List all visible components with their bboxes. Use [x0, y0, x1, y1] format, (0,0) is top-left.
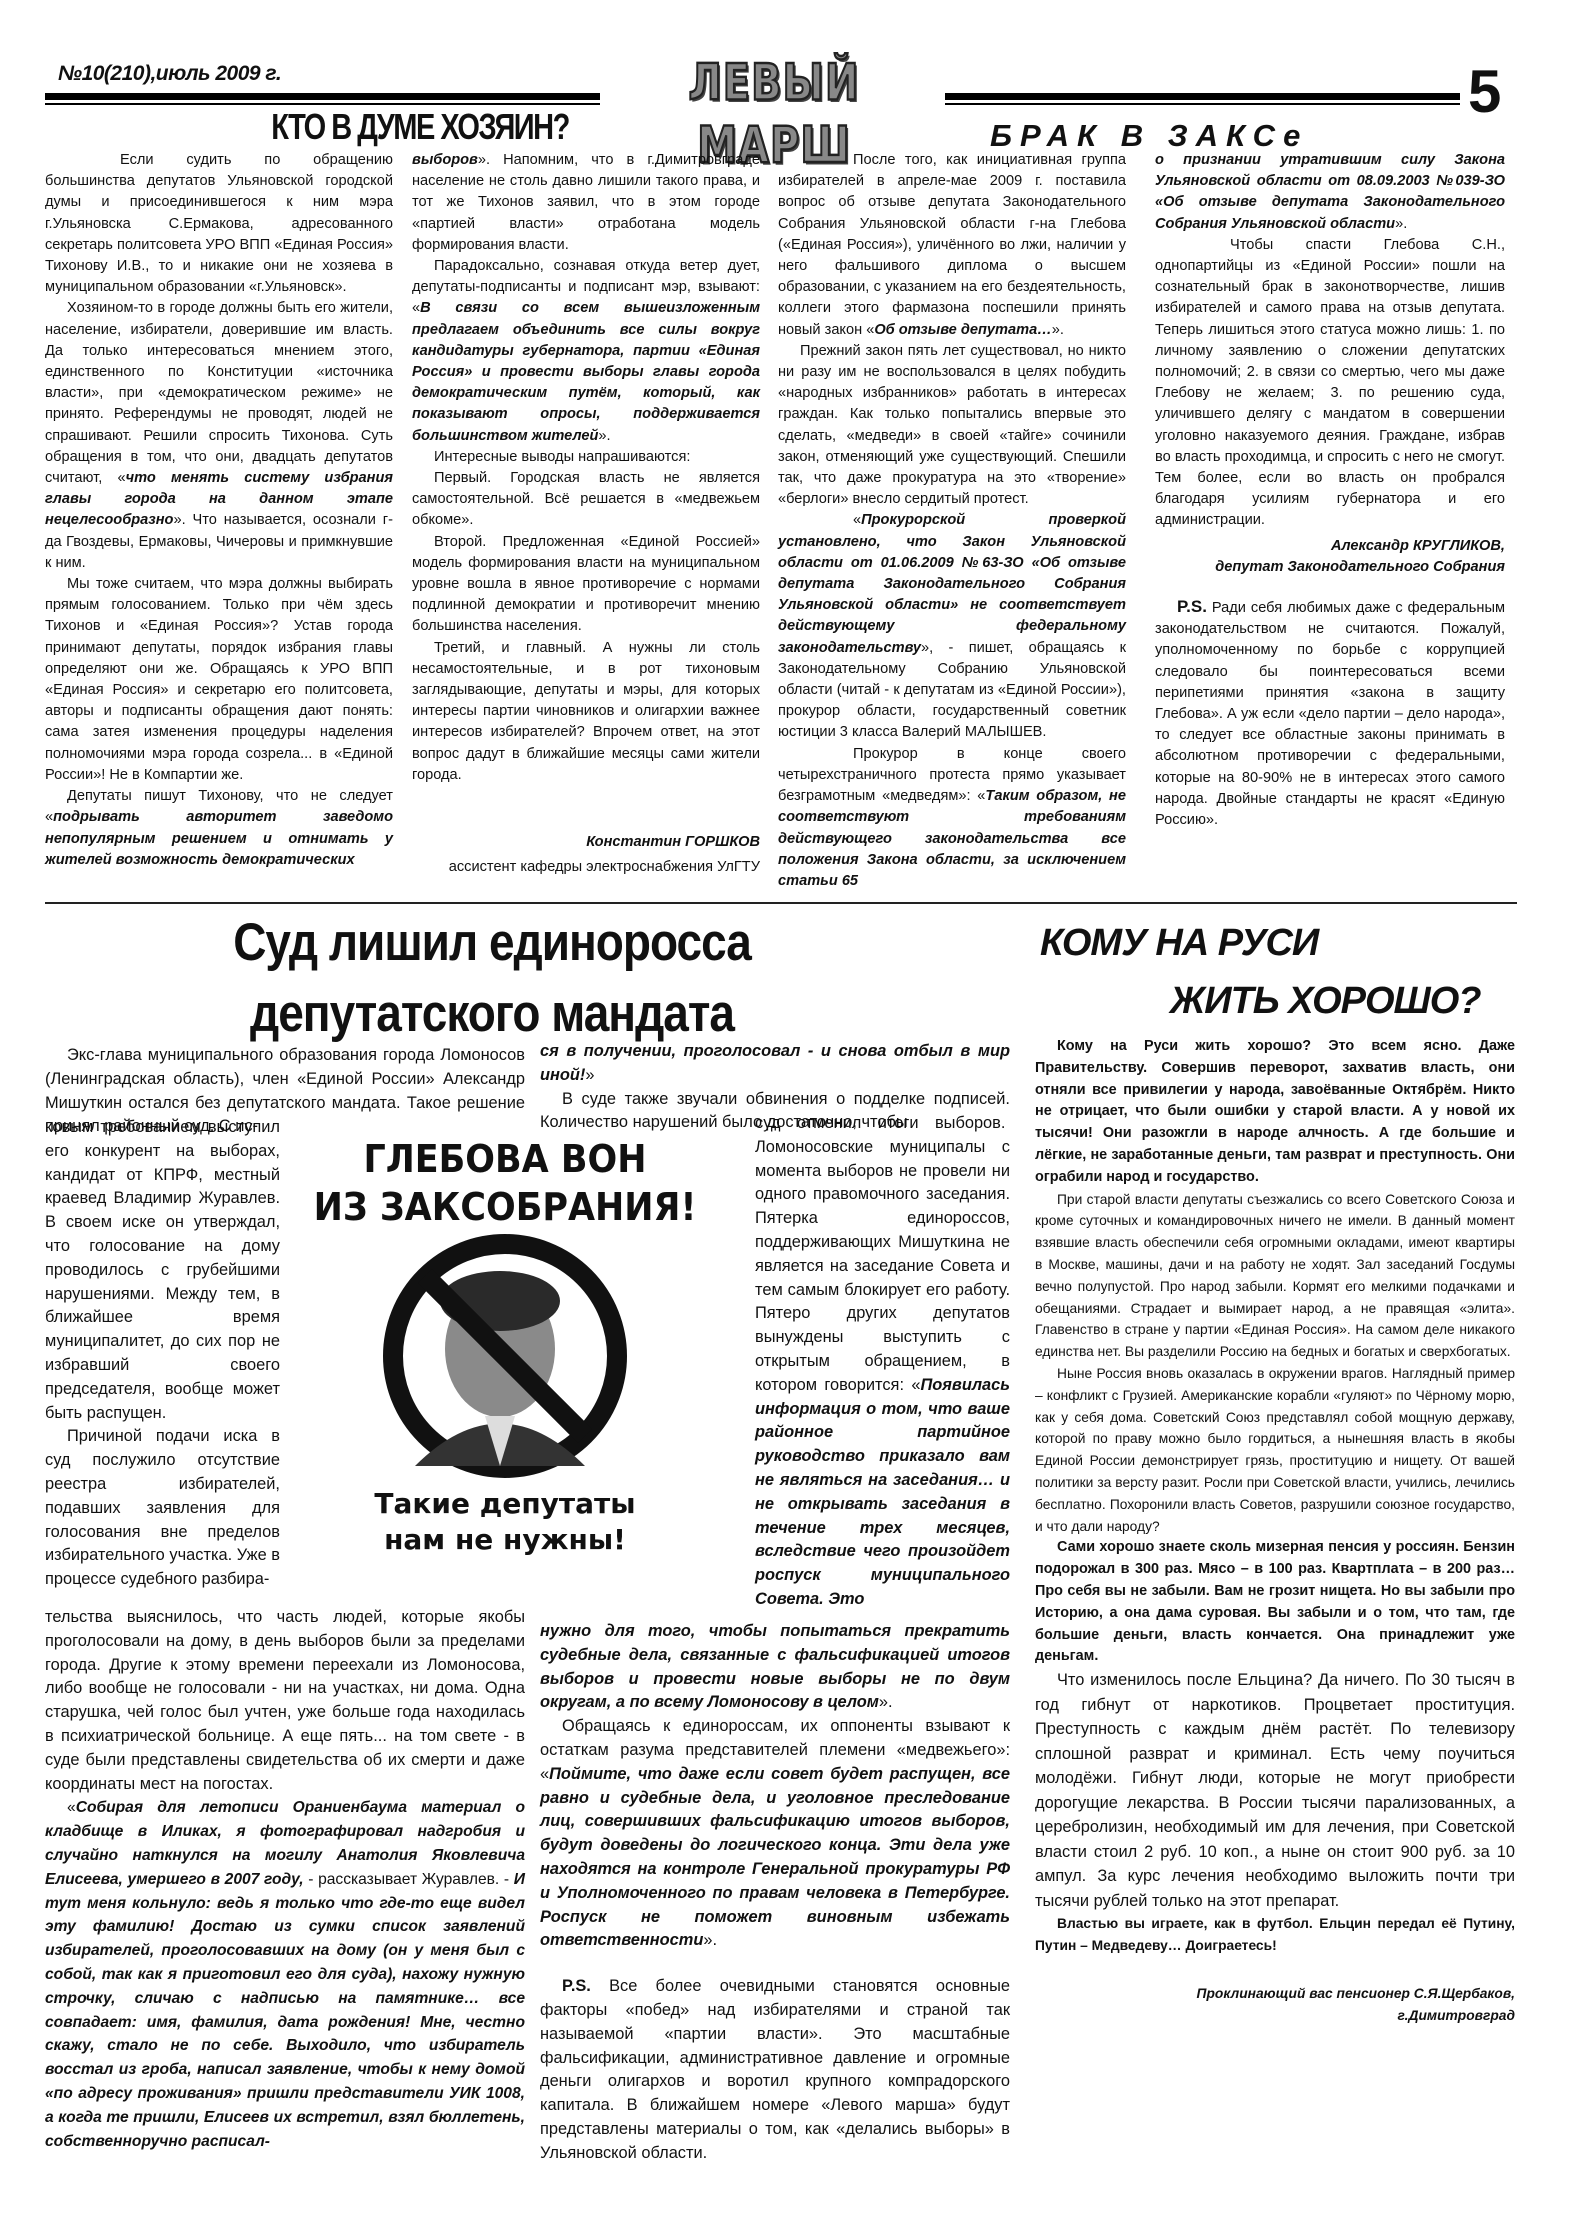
author-title: депутат Законодательного Собрания — [1155, 557, 1505, 578]
article3-right-narrow: суд отменил итоги выборов. Ломоносовские… — [755, 1112, 1010, 1612]
paragraph: «Прокурорской проверкой установлено, что… — [778, 510, 1126, 743]
article1-column-1: Если судить по обращению большинства деп… — [45, 150, 393, 871]
article4-column: Кому на Руси жить хорошо? Это всем ясно.… — [1035, 1036, 1515, 2026]
paragraph: Хозяином-то в городе должны быть его жит… — [45, 298, 393, 574]
article3-right-wide: нужно для того, чтобы попытаться прекрат… — [540, 1620, 1010, 2166]
masthead-rule-right-thin — [945, 103, 1460, 105]
paragraph: Депутаты пишут Тихонову, что не следует … — [45, 786, 393, 871]
paragraph: Интересные выводы напрашиваются: — [412, 447, 760, 468]
paragraph: Первый. Городская власть не является сам… — [412, 468, 760, 532]
paragraph: ковым требованием выступил его конкурент… — [45, 1116, 280, 1425]
article-title-zhit-khorosho: ЖИТЬ ХОРОШО? — [1170, 980, 1481, 1023]
section-divider — [45, 902, 1517, 904]
paragraph: Чтобы спасти Глебова С.Н., однопартийцы … — [1155, 235, 1505, 532]
paragraph: Кому на Руси жить хорошо? Это всем ясно.… — [1035, 1036, 1515, 1189]
masthead-rule-left — [45, 93, 600, 100]
quote: «Собирая для летописи Ораниенбаума матер… — [45, 1796, 525, 2153]
issue-info: №10(210),июль 2009 г. — [58, 62, 281, 86]
poster-caption-2: нам не нужны! — [295, 1522, 715, 1558]
paragraph: Если судить по обращению большинства деп… — [45, 150, 393, 298]
paragraph: нужно для того, чтобы попытаться прекрат… — [540, 1620, 1010, 1715]
paragraph: Причиной подачи иска в суд послужило отс… — [45, 1425, 280, 1592]
article3-left-wide: тельства выяснилось, что часть людей, ко… — [45, 1606, 525, 2153]
poster-headline-2: ИЗ ЗАКСОБРАНИЯ! — [312, 1183, 698, 1231]
article2-column-2: о признании утратившим силу Закона Ульян… — [1155, 150, 1505, 831]
paragraph: Третий, и главный. А нужны ли столь неса… — [412, 638, 760, 786]
paragraph: Мы тоже считаем, что мэра должны выбират… — [45, 574, 393, 786]
paragraph: Ныне Россия вновь оказалась в окружении … — [1035, 1363, 1515, 1537]
masthead-rule-left-thin — [45, 103, 600, 105]
poster-headline-1: ГЛЕБОВА ВОН — [312, 1135, 698, 1183]
paragraph: Прокурор в конце своего четырехстранично… — [778, 744, 1126, 892]
paragraph: После того, как инициативная группа изби… — [778, 150, 1126, 341]
protest-poster-image: ГЛЕБОВА ВОН ИЗ ЗАКСОБРАНИЯ! Такие депута… — [295, 1135, 715, 1610]
paragraph: выборов». Напомним, что в г.Димитровград… — [412, 150, 760, 256]
paragraph: ся в получении, проголосовал - и снова о… — [540, 1040, 1010, 1088]
paragraph: суд отменил итоги выборов. Ломоносовские… — [755, 1112, 1010, 1612]
paragraph: Обращаясь к единороссам, их оппоненты вз… — [540, 1715, 1010, 1953]
newspaper-logo: ЛЕВЫЙ МАРШ — [605, 52, 943, 115]
article2-column-1: После того, как инициативная группа изби… — [778, 150, 1126, 892]
author-title: ассистент кафедры электроснабжения УлГТУ — [412, 857, 760, 878]
paragraph: о признании утратившим силу Закона Ульян… — [1155, 150, 1505, 235]
article1-column-2: выборов». Напомним, что в г.Димитровград… — [412, 150, 760, 879]
author-name: Александр КРУГЛИКОВ, — [1155, 536, 1505, 557]
article3-left-narrow: ковым требованием выступил его конкурент… — [45, 1116, 280, 1592]
article-title-sud-lishil: Суд лишил единоросса депутатского мандат… — [222, 906, 762, 1049]
paragraph: Прежний закон пять лет существовал, но н… — [778, 341, 1126, 511]
signature-city: г.Димитровград — [1035, 2005, 1515, 2027]
masthead-rule-right — [945, 93, 1460, 100]
article-title-komu-na-rusi: КОМУ НА РУСИ — [1040, 922, 1318, 965]
paragraph: тельства выяснилось, что часть людей, ко… — [45, 1606, 525, 1796]
signature-name: Проклинающий вас пенсионер С.Я.Щербаков, — [1035, 1983, 1515, 2005]
paragraph: Парадоксально, сознавая откуда ветер дуе… — [412, 256, 760, 447]
article-title-kto-v-dume: КТО В ДУМЕ ХОЗЯИН? — [230, 108, 610, 149]
poster-caption-1: Такие депутаты — [295, 1486, 715, 1522]
postscript: P.S. Все более очевидными становятся осн… — [540, 1975, 1010, 2165]
paragraph: Второй. Предложенная «Единой Россией» мо… — [412, 532, 760, 638]
author-name: Константин ГОРШКОВ — [412, 832, 760, 853]
postscript: P.S. Ради себя любимых даже с федеральны… — [1155, 596, 1505, 831]
page-number: 5 — [1468, 62, 1501, 122]
prohibition-sign-icon — [295, 1231, 715, 1481]
paragraph: Что изменилось после Ельцина? Да ничего.… — [1035, 1668, 1515, 1913]
paragraph: При старой власти депутаты съезжались со… — [1035, 1189, 1515, 1363]
paragraph: Властью вы играете, как в футбол. Ельцин… — [1035, 1913, 1515, 1957]
paragraph: Сами хорошо знаете сколь мизерная пенсия… — [1035, 1537, 1515, 1668]
article-title-brak-v-zakse: БРАК В ЗАКСе — [990, 118, 1308, 154]
